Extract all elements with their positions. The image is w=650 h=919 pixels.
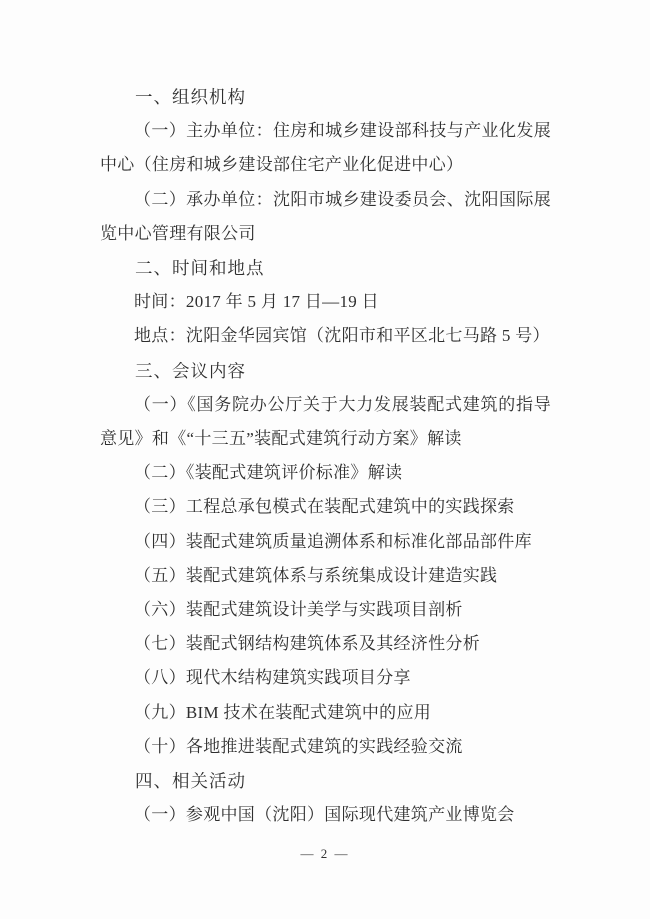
paragraph-agenda-1: （一）《国务院办公厅关于大力发展装配式建筑的指导意见》和《“十三五”装配式建筑行… <box>100 388 551 456</box>
paragraph-time: 时间：2017 年 5 月 17 日—19 日 <box>100 285 551 319</box>
paragraph-agenda-8: （八）现代木结构建筑实践项目分享 <box>100 661 551 695</box>
paragraph-activity-1: （一）参观中国（沈阳）国际现代建筑产业博览会 <box>100 798 551 832</box>
paragraph-agenda-6: （六）装配式建筑设计美学与实践项目剖析 <box>100 593 551 627</box>
paragraph-organizer-unit: （二）承办单位：沈阳市城乡建设委员会、沈阳国际展览中心管理有限公司 <box>100 183 551 251</box>
section-heading-related-activities: 四、相关活动 <box>100 764 551 798</box>
paragraph-agenda-9: （九）BIM 技术在装配式建筑中的应用 <box>100 696 551 730</box>
paragraph-host-unit: （一）主办单位：住房和城乡建设部科技与产业化发展中心（住房和城乡建设部住宅产业化… <box>100 114 551 182</box>
paragraph-agenda-2: （二）《装配式建筑评价标准》解读 <box>100 456 551 490</box>
paragraph-agenda-10: （十）各地推进装配式建筑的实践经验交流 <box>100 730 551 764</box>
paragraph-agenda-4: （四）装配式建筑质量追溯体系和标准化部品部件库 <box>100 525 551 559</box>
paragraph-place: 地点：沈阳金华园宾馆（沈阳市和平区北七马路 5 号） <box>100 319 551 353</box>
paragraph-agenda-3: （三）工程总承包模式在装配式建筑中的实践探索 <box>100 490 551 524</box>
document-content: 一、组织机构 （一）主办单位：住房和城乡建设部科技与产业化发展中心（住房和城乡建… <box>100 80 551 832</box>
section-heading-organization: 一、组织机构 <box>100 80 551 114</box>
section-heading-agenda: 三、会议内容 <box>100 354 551 388</box>
paragraph-agenda-5: （五）装配式建筑体系与系统集成设计建造实践 <box>100 559 551 593</box>
page-number: — 2 — <box>0 846 650 862</box>
paragraph-agenda-7: （七）装配式钢结构建筑体系及其经济性分析 <box>100 627 551 661</box>
document-page: 一、组织机构 （一）主办单位：住房和城乡建设部科技与产业化发展中心（住房和城乡建… <box>0 0 650 919</box>
section-heading-time-place: 二、时间和地点 <box>100 251 551 285</box>
